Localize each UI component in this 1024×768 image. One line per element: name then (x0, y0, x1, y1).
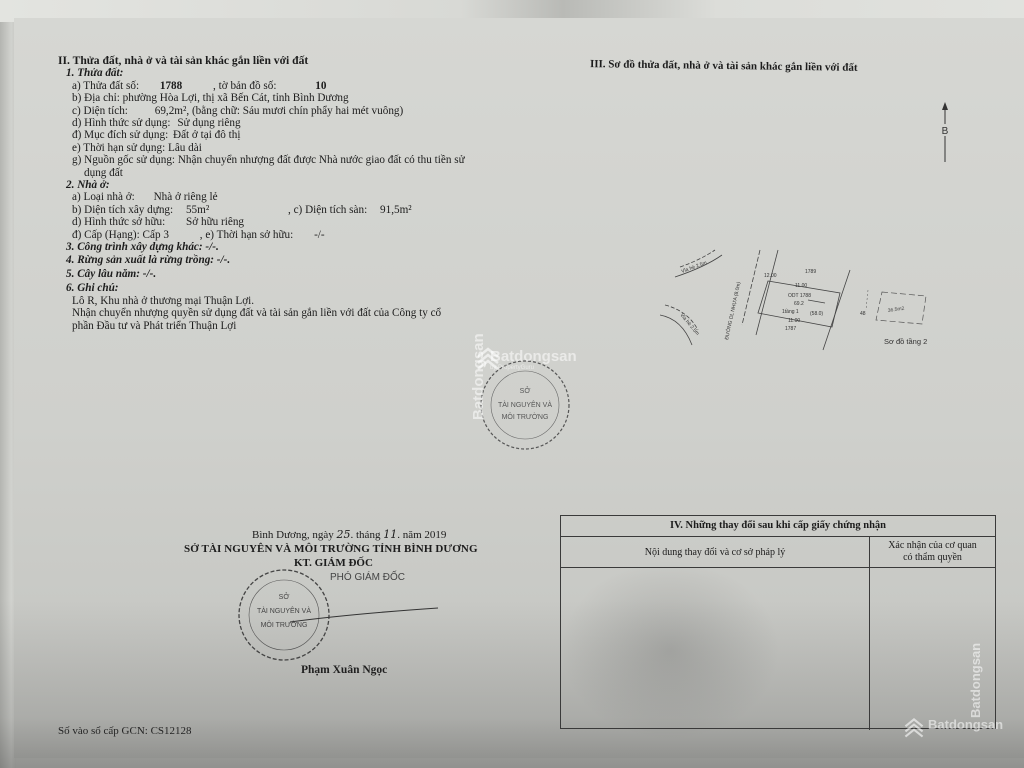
floor-area-value: 91,5m² (380, 204, 412, 216)
col2-line1: Xác nhận của cơ quan (888, 540, 977, 551)
use-form-row: d) Hình thức sử dụng: Sử dụng riêng (58, 117, 538, 129)
svg-text:TÀI NGUYÊN VÀ: TÀI NGUYÊN VÀ (498, 400, 552, 409)
official-stamp-icon: SỞ TÀI NGUYÊN VÀ MÔI TRƯỜNG (463, 355, 583, 455)
address-value: phường Hòa Lợi, thị xã Bến Cát, tỉnh Bìn… (123, 92, 349, 104)
origin-row: g) Nguồn gốc sử dụng: Nhận chuyển nhượng… (58, 154, 538, 166)
own-term-label: , e) Thời hạn sở hữu: (200, 229, 294, 241)
registry-label: Số vào sổ cấp GCN: (58, 725, 148, 737)
changes-table: IV. Những thay đổi sau khi cấp giấy chứn… (560, 515, 996, 729)
origin-value: Nhận chuyển nhượng đất được Nhà nước gia… (178, 154, 465, 166)
svg-text:1789: 1789 (805, 269, 816, 275)
ownership-row: d) Hình thức sở hữu: Sở hữu riêng (58, 216, 538, 228)
section-land-house-info: II. Thửa đất, nhà ở và tài sản khác gắn … (58, 55, 538, 332)
svg-text:36.5m2: 36.5m2 (887, 306, 905, 314)
origin-cont: dụng đất (58, 167, 538, 179)
issue-date: Bình Dương, ngày 25. tháng 11. năm 2019 (252, 528, 446, 541)
svg-text:12.00: 12.00 (764, 273, 777, 279)
own-term-value: -/- (314, 229, 325, 241)
address-label: b) Địa chỉ: (72, 92, 120, 104)
built-area-row: b) Diện tích xây dựng: 55m² , c) Diện tí… (58, 204, 538, 216)
note-line: Lô R, Khu nhà ở thương mại Thuận Lợi. (58, 295, 538, 307)
svg-text:SỞ: SỞ (279, 592, 290, 601)
ownership-value: Sở hữu riêng (186, 216, 244, 228)
signature-mark (290, 606, 440, 626)
house-type-value: Nhà ở riêng lẻ (154, 191, 218, 203)
built-area-label: b) Diện tích xây dựng: (72, 204, 173, 216)
date-month-label: tháng (356, 529, 380, 541)
svg-text:SỞ: SỞ (520, 386, 531, 395)
term-value: Lâu dài (168, 142, 202, 154)
registry-number: Số vào sổ cấp GCN: CS12128 (58, 725, 192, 737)
svg-text:Vỉa hè 2.5m: Vỉa hè 2.5m (678, 312, 701, 337)
col2-line2: có thẩm quyền (903, 552, 962, 563)
notes-heading: 6. Ghi chú: (58, 282, 538, 294)
term-label: e) Thời hạn sử dụng: (72, 142, 165, 154)
floor-area-label: , c) Diện tích sàn: (288, 204, 367, 216)
perennial: 5. Cây lâu năm: -/-. (58, 268, 538, 280)
house-type-label: a) Loại nhà ở: (72, 191, 135, 203)
grade-label: đ) Cấp (Hạng): (72, 229, 140, 241)
ownership-label: d) Hình thức sở hữu: (72, 216, 165, 228)
svg-text:(58.0): (58.0) (810, 311, 823, 317)
other-works: 3. Công trình xây dựng khác: -/-. (58, 241, 538, 253)
house-type-row: a) Loại nhà ở: Nhà ở riêng lẻ (58, 191, 538, 203)
svg-text:B: B (942, 126, 949, 137)
purpose-value: Đất ở tại đô thị (173, 129, 240, 141)
svg-text:1787: 1787 (785, 326, 796, 332)
floor2-label: Sơ đồ tầng 2 (884, 337, 927, 346)
note-line: Nhận chuyển nhượng quyền sử dụng đất và … (58, 307, 538, 319)
map-sheet-number: 10 (315, 80, 326, 92)
area-label: c) Diện tích: (72, 105, 128, 117)
date-month: 11 (383, 528, 397, 541)
change-content-cell (561, 568, 870, 730)
authority-cell (870, 568, 995, 730)
grade-value: Cấp 3 (143, 229, 169, 241)
forest: 4. Rừng sản xuất là rừng trồng: -/-. (58, 254, 538, 266)
parcel-row: a) Thửa đất số: 1788 , tờ bản đồ số: 10 (58, 80, 538, 92)
issuing-authority: SỞ TÀI NGUYÊN VÀ MÔI TRƯỜNG TỈNH BÌNH DƯ… (184, 543, 478, 555)
grade-row: đ) Cấp (Hạng): Cấp 3 , e) Thời hạn sở hữ… (58, 229, 538, 241)
svg-text:ĐƯỜNG DL NHỰA (8.0m): ĐƯỜNG DL NHỰA (8.0m) (723, 281, 742, 341)
purpose-row: đ) Mục đích sử dụng: Đất ở tại đô thị (58, 129, 538, 141)
north-arrow-icon: B (935, 102, 955, 164)
changes-table-title: IV. Những thay đổi sau khi cấp giấy chứn… (561, 516, 995, 537)
section2-title: II. Thửa đất, nhà ở và tài sản khác gắn … (58, 55, 538, 67)
svg-text:MÔI TRƯỜNG: MÔI TRƯỜNG (502, 412, 549, 421)
built-area-value: 55m² (186, 204, 209, 216)
signer-deputy: PHÓ GIÁM ĐỐC (330, 572, 405, 583)
purpose-label: đ) Mục đích sử dụng: (72, 129, 168, 141)
map-sheet-label: , tờ bản đồ số: (213, 80, 276, 92)
use-form-value: Sử dụng riêng (177, 117, 240, 129)
parcel-number: 1788 (160, 80, 182, 92)
signer-role: KT. GIÁM ĐỐC (294, 557, 373, 569)
term-row: e) Thời hạn sử dụng: Lâu dài (58, 142, 538, 154)
changes-table-header: Nội dung thay đổi và cơ sở pháp lý Xác n… (561, 537, 995, 568)
area-value: 69,2m², (bằng chữ: Sáu mươi chín phẩy ha… (155, 105, 404, 117)
svg-text:ODT 1788: ODT 1788 (788, 293, 811, 299)
date-year: năm 2019 (403, 529, 447, 541)
floor2-diagram: 36.5m2 (860, 280, 940, 330)
land-heading: 1. Thửa đất: (58, 67, 538, 79)
registry-value: CS12128 (151, 725, 192, 737)
note-line: phần Đầu tư và Phát triển Thuận Lợi (58, 320, 538, 332)
svg-text:11.00: 11.00 (788, 318, 800, 324)
changes-table-body (561, 568, 995, 730)
parcel-map: Vỉa hè 2.5m Vỉa hè 2.5m ĐƯỜNG DL NHỰA (8… (660, 245, 880, 365)
svg-text:69.2: 69.2 (794, 301, 804, 307)
column-authority-confirmation: Xác nhận của cơ quancó thẩm quyền (870, 537, 995, 567)
date-day: 25 (337, 528, 351, 541)
svg-text:11.00: 11.00 (795, 283, 807, 289)
date-prefix: Bình Dương, ngày (252, 529, 334, 541)
parcel-label: a) Thửa đất số: (72, 80, 139, 92)
signer-name: Phạm Xuân Ngọc (301, 664, 387, 676)
svg-text:1tầng 1: 1tầng 1 (782, 309, 799, 315)
use-form-label: d) Hình thức sử dụng: (72, 117, 171, 129)
address-row: b) Địa chỉ: phường Hòa Lợi, thị xã Bến C… (58, 92, 538, 104)
area-row: c) Diện tích: 69,2m², (bằng chữ: Sáu mươ… (58, 105, 538, 117)
origin-label: g) Nguồn gốc sử dụng: (72, 154, 175, 166)
column-change-content: Nội dung thay đổi và cơ sở pháp lý (561, 537, 870, 567)
house-heading: 2. Nhà ở: (58, 179, 538, 191)
